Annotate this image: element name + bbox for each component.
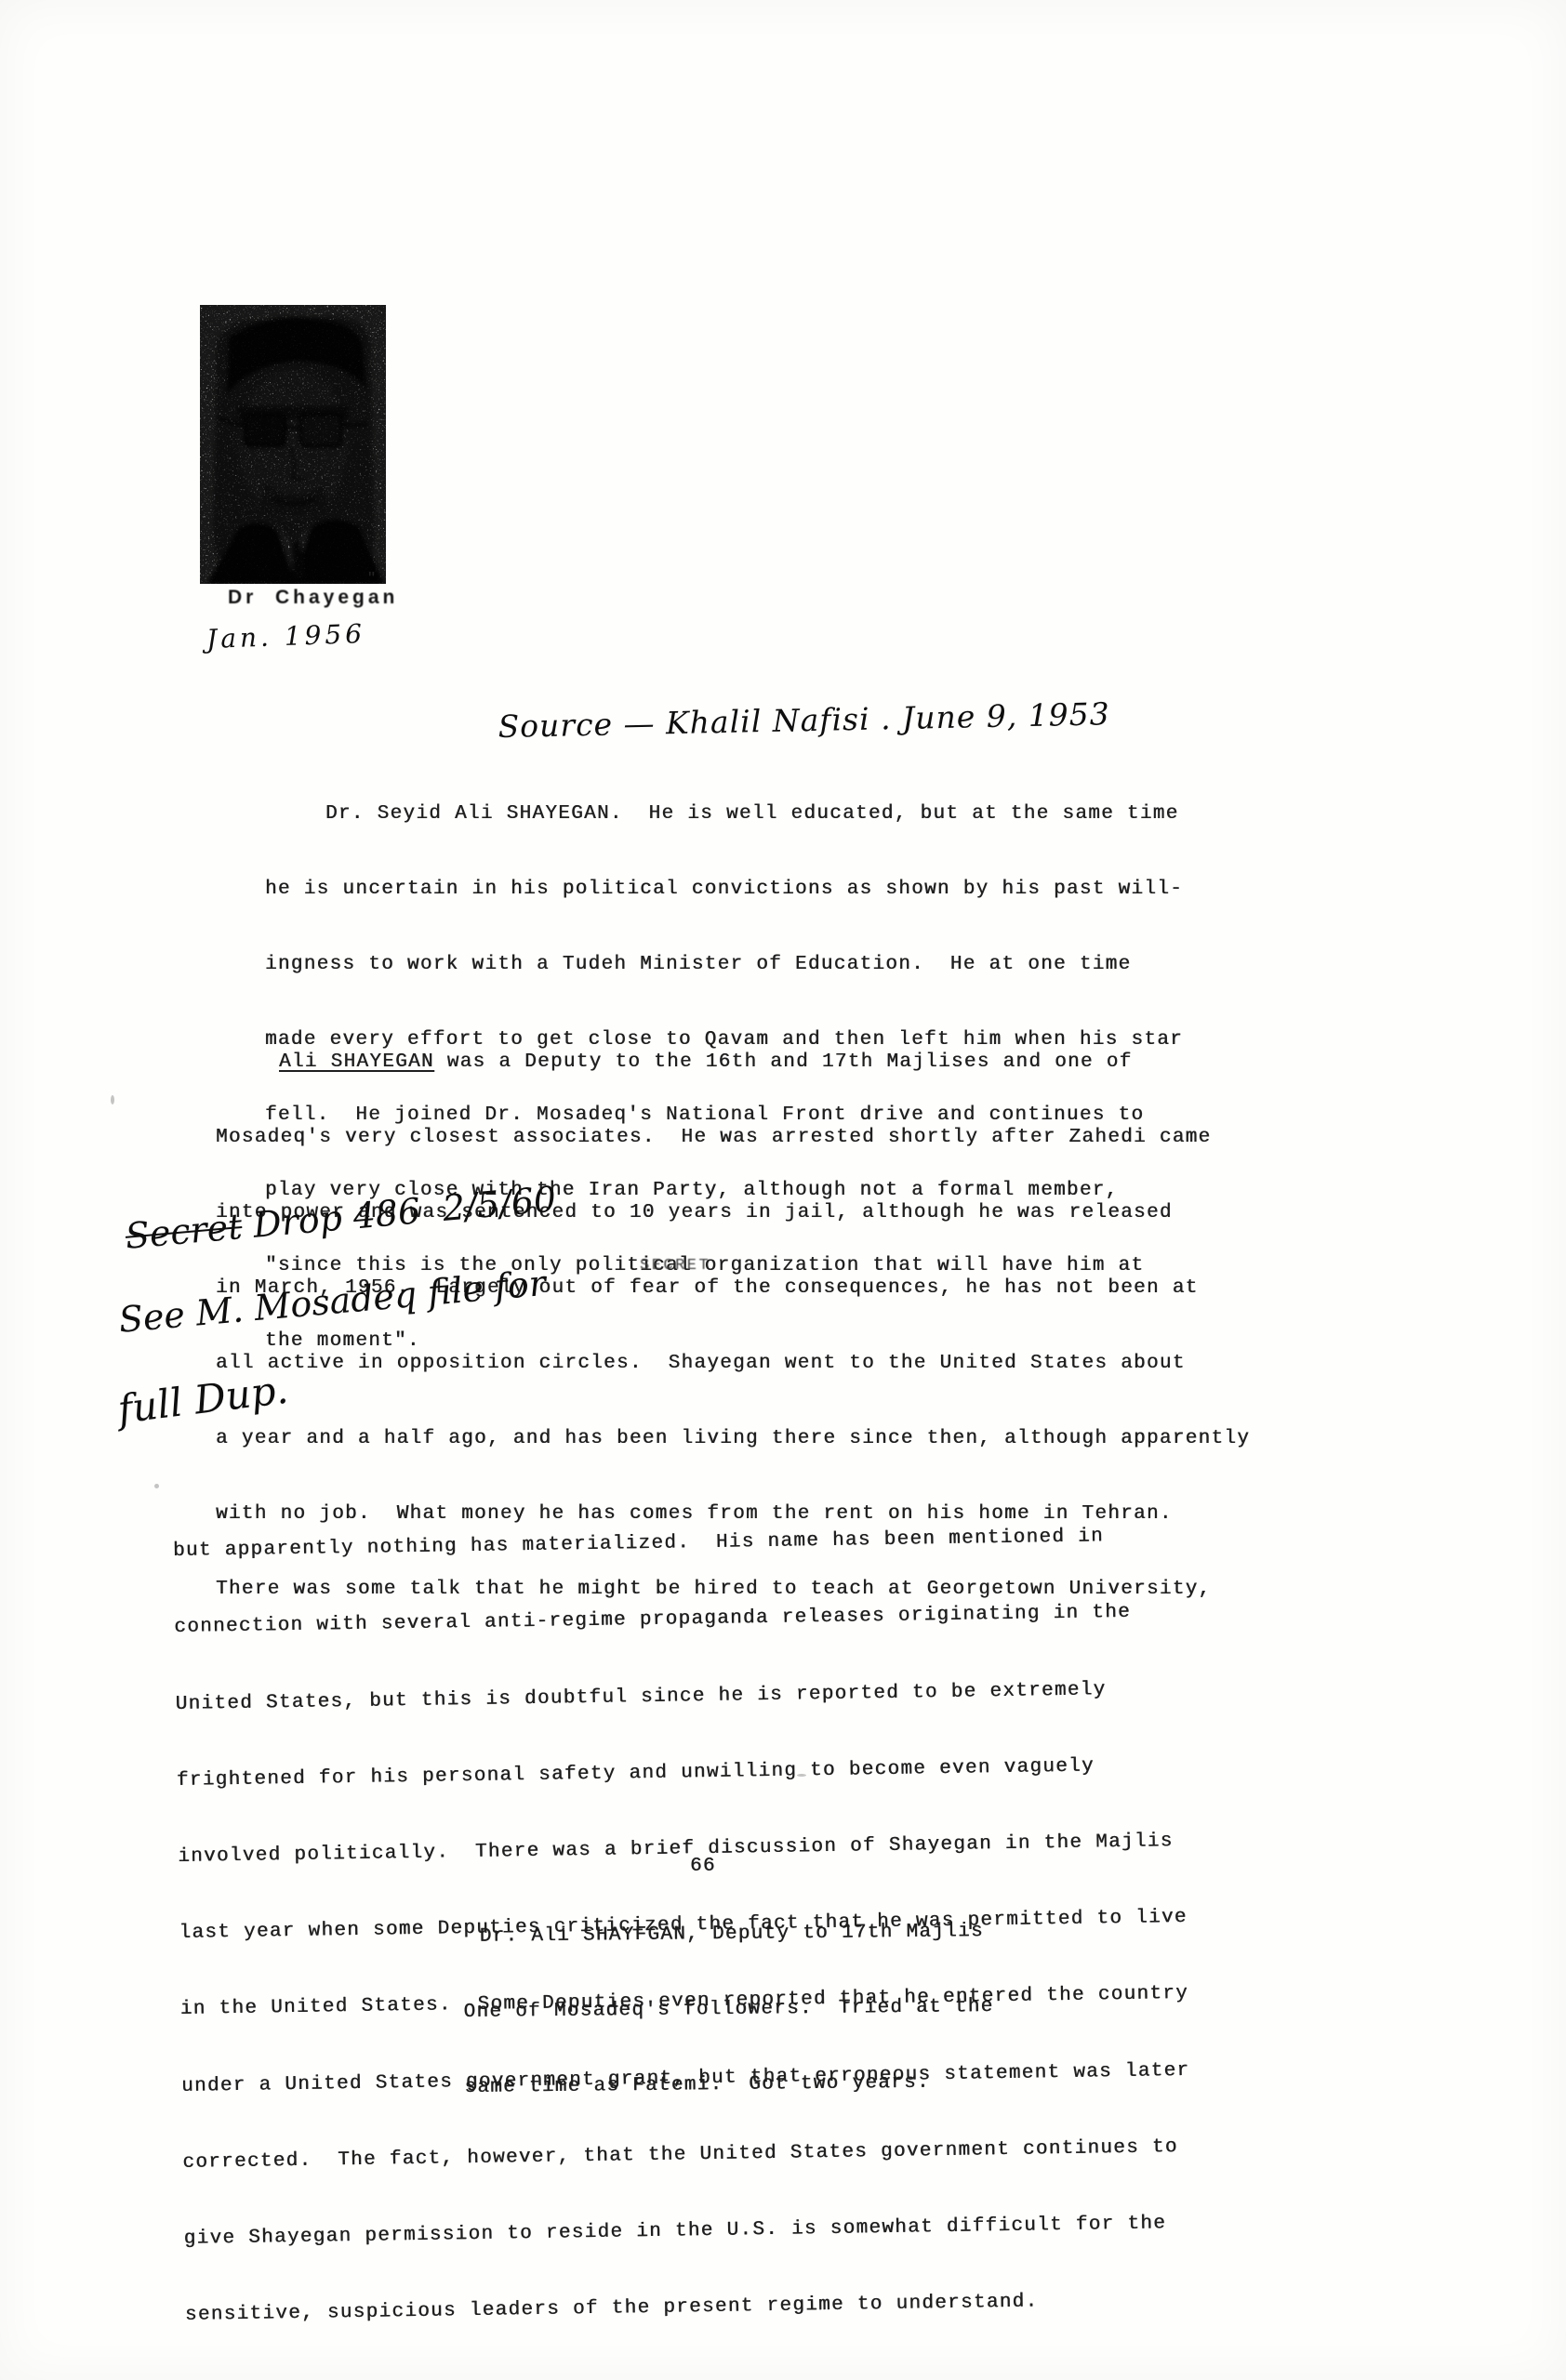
underlined-name: Ali SHAYEGAN — [279, 1051, 434, 1073]
handwritten-source-line: Source — Khalil Nafisi . June 9, 1953 — [498, 695, 1110, 745]
paragraph-3-line: sensitive, suspicious leaders of the pre… — [185, 2287, 1194, 2328]
paragraph-3-line: give Shayegan permission to reside in th… — [183, 2211, 1192, 2252]
secret-stamp: SECRET — [640, 1257, 710, 1275]
portrait-photo-graphic — [200, 305, 386, 584]
scanned-document-page: Dr Chayegan " Jan. 1956 Source — Khalil … — [0, 0, 1566, 2380]
paragraph-3-line: but apparently nothing has materialized.… — [173, 1523, 1182, 1564]
paragraph-1-line: Dr. Seyid Ali SHAYEGAN. He is well educa… — [265, 801, 1183, 826]
bottom-caption-line: same time as Fatemi. Got two years. — [464, 2069, 994, 2100]
paragraph-2-line: all active in opposition circles. Shayeg… — [216, 1351, 1250, 1376]
scan-speck — [154, 1484, 159, 1488]
paragraph-3-line: United States, but this is doubtful sinc… — [175, 1676, 1184, 1717]
scan-speck — [797, 1774, 806, 1777]
bottom-caption-line: One of Mosadeq's followers. Tried at the — [463, 1994, 993, 2025]
scan-speck — [111, 1095, 114, 1104]
paragraph-2-line-rest: was a Deputy to the 16th and 17th Majlis… — [434, 1051, 1133, 1073]
photo-date-annotation: Jan. 1956 — [206, 618, 365, 654]
paragraph-3-line: connection with several anti-regime prop… — [174, 1599, 1183, 1640]
paragraph-3-line: frightened for his personal safety and u… — [177, 1752, 1186, 1793]
paragraph-2-line: a year and a half ago, and has been livi… — [216, 1426, 1250, 1451]
paragraph-2-line: Mosadeq's very closest associates. He wa… — [216, 1125, 1250, 1150]
paragraph-3-line: involved politically. There was a brief … — [178, 1829, 1187, 1870]
paragraph-2-line: Ali SHAYEGAN was a Deputy to the 16th an… — [216, 1050, 1250, 1075]
bottom-caption: Dr. Ali SHAYFGAN, Deputy to 17th Majlis … — [462, 1869, 995, 2150]
scan-artifact-quote-mark: " — [368, 569, 375, 590]
paragraph-1-line: ingness to work with a Tudeh Minister of… — [265, 952, 1183, 977]
paragraph-1-line: he is uncertain in his political convict… — [265, 877, 1183, 902]
bottom-caption-line: Dr. Ali SHAYFGAN, Deputy to 17th Majlis — [463, 1919, 993, 1950]
portrait-photo — [200, 305, 386, 584]
